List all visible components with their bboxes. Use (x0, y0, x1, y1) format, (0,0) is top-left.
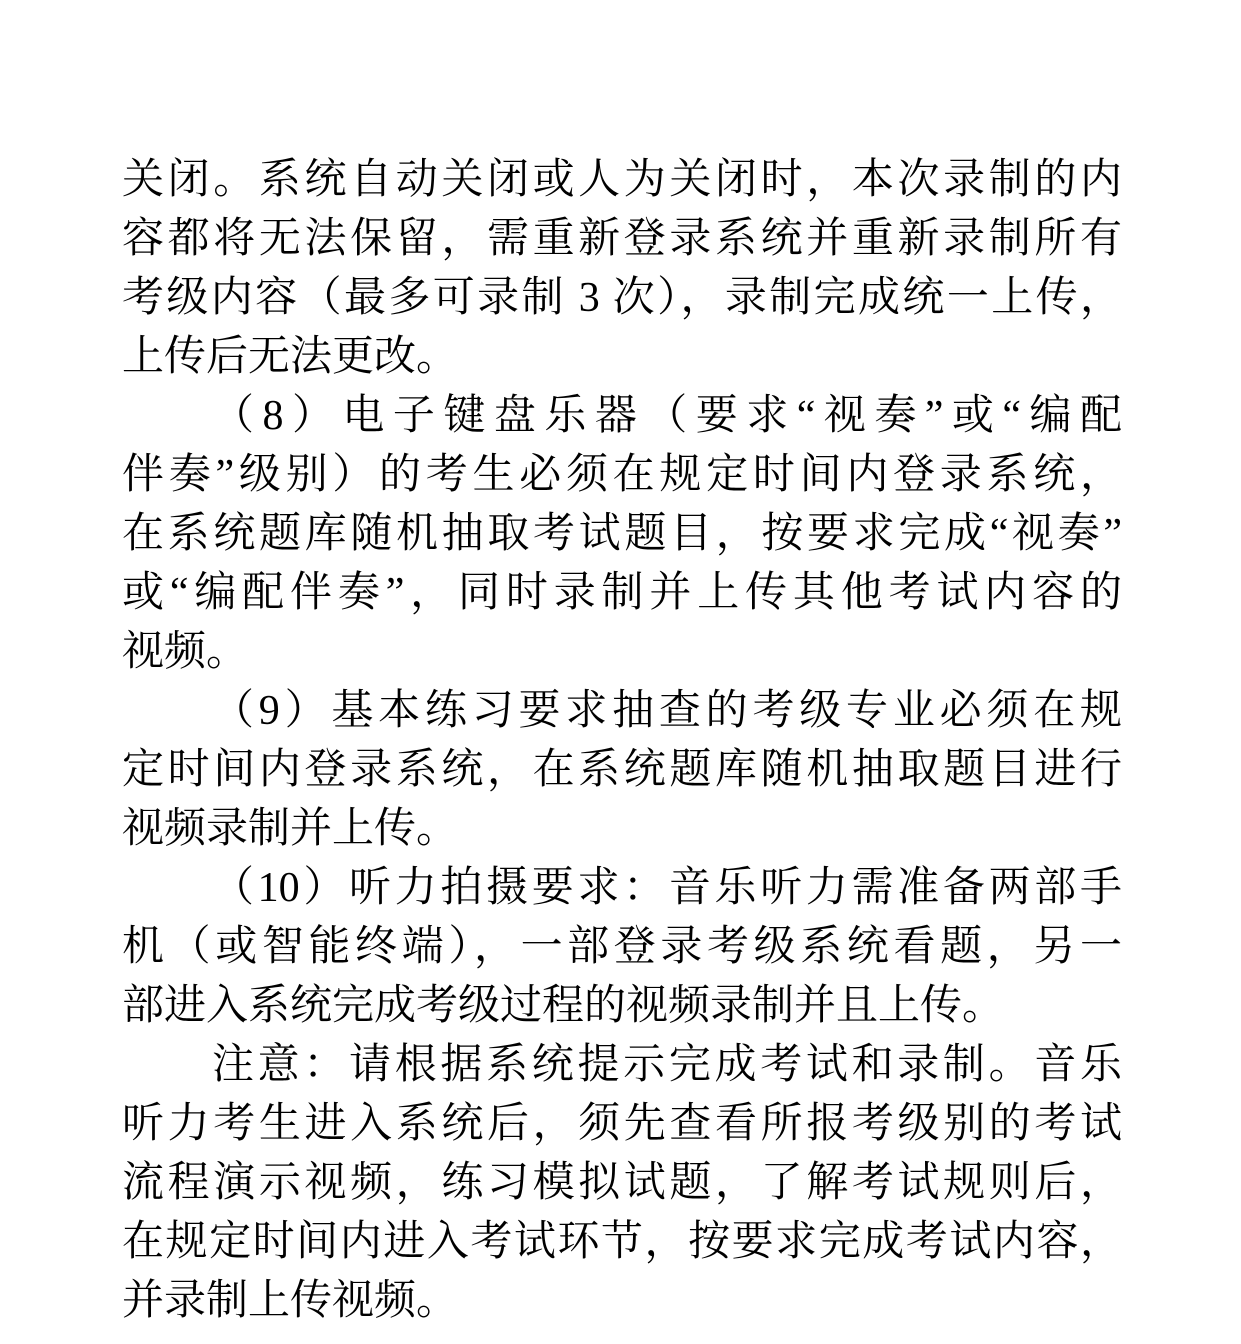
text-line: （8）电子键盘乐器（要求“视奏”或“编配 (122, 387, 1122, 446)
text-line: 考级内容（最多可录制 3 次），录制完成统一上传， (122, 269, 1122, 328)
text-line: 部进入系统完成考级过程的视频录制并且上传。 (122, 977, 1122, 1036)
document-page: 关闭。系统自动关闭或人为关闭时，本次录制的内容都将无法保留，需重新登录系统并重新… (0, 0, 1241, 1344)
text-line: 上传后无法更改。 (122, 328, 1122, 387)
text-line: 注意：请根据系统提示完成考试和录制。音乐 (122, 1036, 1122, 1095)
text-line: 在规定时间内进入考试环节，按要求完成考试内容， (122, 1213, 1122, 1272)
text-line: 视频。 (122, 623, 1122, 682)
text-line: 并录制上传视频。 (122, 1272, 1122, 1331)
document-body: 关闭。系统自动关闭或人为关闭时，本次录制的内容都将无法保留，需重新登录系统并重新… (122, 151, 1122, 1331)
text-line: 视频录制并上传。 (122, 800, 1122, 859)
text-line: 机（或智能终端），一部登录考级系统看题，另一 (122, 918, 1122, 977)
text-line: （9）基本练习要求抽查的考级专业必须在规 (122, 682, 1122, 741)
text-line: 在系统题库随机抽取考试题目，按要求完成“视奏” (122, 505, 1122, 564)
text-line: 关闭。系统自动关闭或人为关闭时，本次录制的内 (122, 151, 1122, 210)
text-line: 流程演示视频，练习模拟试题，了解考试规则后， (122, 1154, 1122, 1213)
text-line: 定时间内登录系统，在系统题库随机抽取题目进行 (122, 741, 1122, 800)
text-line: 伴奏”级别）的考生必须在规定时间内登录系统， (122, 446, 1122, 505)
text-line: 容都将无法保留，需重新登录系统并重新录制所有 (122, 210, 1122, 269)
text-line: 听力考生进入系统后，须先查看所报考级别的考试 (122, 1095, 1122, 1154)
text-line: （10）听力拍摄要求：音乐听力需准备两部手 (122, 859, 1122, 918)
text-line: 或“编配伴奏”，同时录制并上传其他考试内容的 (122, 564, 1122, 623)
